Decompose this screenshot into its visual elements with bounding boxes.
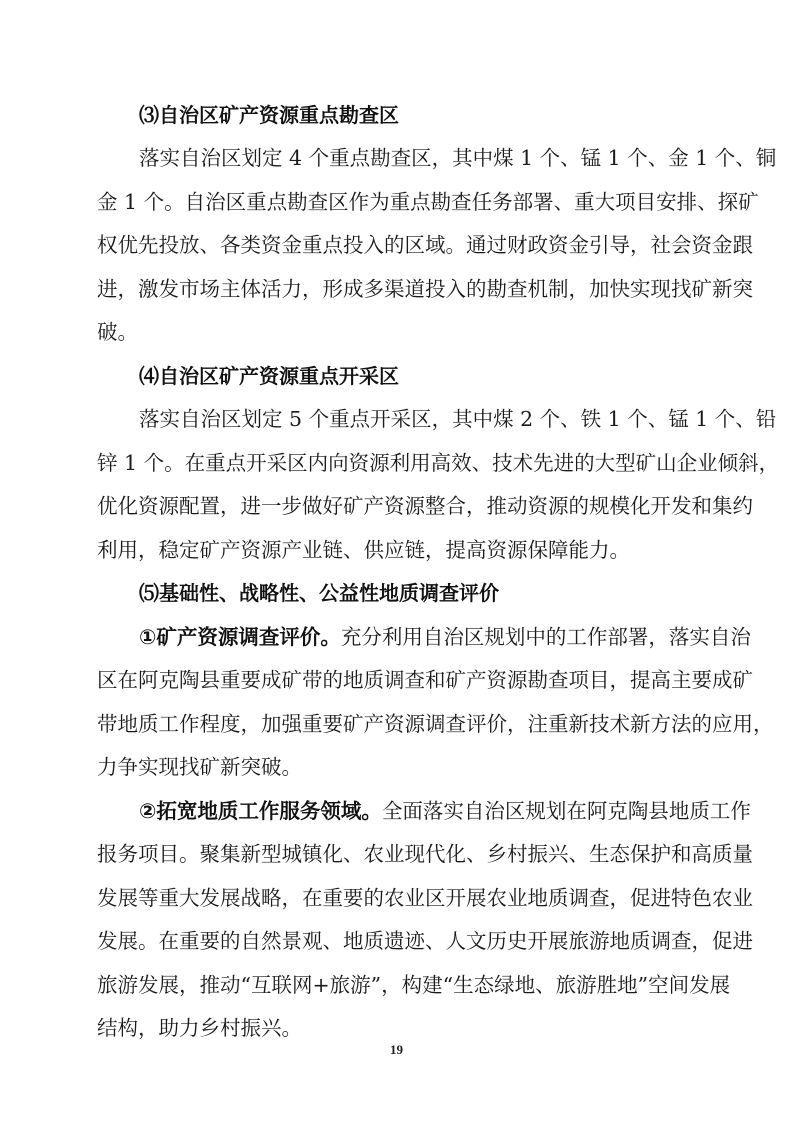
paragraph-line: 发展。在重要的自然景观、地质遗迹、人文历史开展旅游地质调查，促进 (97, 926, 699, 956)
paragraph-line-with-lead: ②拓宽地质工作服务领域。全面落实自治区规划在阿克陶县地质工作 (139, 796, 699, 826)
paragraph-line-with-lead: ①矿产资源调查评价。充分利用自治区规划中的工作部署，落实自治 (139, 622, 699, 652)
paragraph-line: 结构，助力乡村振兴。 (97, 1013, 699, 1043)
paragraph-line: 落实自治区划定 4 个重点勘查区，其中煤 1 个、锰 1 个、金 1 个、铜 (139, 143, 699, 173)
paragraph-line: 金 1 个。自治区重点勘查区作为重点勘查任务部署、重大项目安排、探矿 (97, 187, 699, 217)
paragraph-line: 利用，稳定矿产资源产业链、供应链，提高资源保障能力。 (97, 535, 699, 565)
section-heading-5: ⑸基础性、战略性、公益性地质调查评价 (139, 578, 499, 608)
section-heading-3: ⑶自治区矿产资源重点勘查区 (139, 100, 399, 130)
paragraph-line: 旅游发展，推动“互联网+旅游”，构建“生态绿地、旅游胜地”空间发展 (97, 970, 699, 1000)
paragraph-line: 进，激发市场主体活力，形成多渠道投入的勘查机制，加快实现找矿新突 (97, 274, 699, 304)
page-number: 19 (0, 1042, 793, 1058)
paragraph-line: 锌 1 个。在重点开采区内向资源利用高效、技术先进的大型矿山企业倾斜， (97, 448, 699, 478)
paragraph-lead-geological-services: ②拓宽地质工作服务领域。 (139, 799, 382, 823)
section-heading-4: ⑷自治区矿产资源重点开采区 (139, 361, 399, 391)
paragraph-text: 充分利用自治区规划中的工作部署，落实自治 (341, 625, 751, 649)
paragraph-line: 破。 (97, 317, 699, 347)
paragraph-lead-mineral-survey: ①矿产资源调查评价。 (139, 625, 341, 649)
paragraph-line: 区在阿克陶县重要成矿带的地质调查和矿产资源勘查项目，提高主要成矿 (97, 665, 699, 695)
paragraph-line: 带地质工作程度，加强重要矿产资源调查评价，注重新技术新方法的应用， (97, 709, 699, 739)
paragraph-line: 力争实现找矿新突破。 (97, 752, 699, 782)
paragraph-line: 优化资源配置，进一步做好矿产资源整合，推动资源的规模化开发和集约 (97, 491, 699, 521)
paragraph-line: 发展等重大发展战略，在重要的农业区开展农业地质调查，促进特色农业 (97, 883, 699, 913)
paragraph-text: 全面落实自治区规划在阿克陶县地质工作 (382, 799, 751, 823)
paragraph-line: 权优先投放、各类资金重点投入的区域。通过财政资金引导，社会资金跟 (97, 230, 699, 260)
paragraph-line: 落实自治区划定 5 个重点开采区，其中煤 2 个、铁 1 个、锰 1 个、铅 (139, 404, 699, 434)
paragraph-line: 报务项目。聚集新型城镇化、农业现代化、乡村振兴、生态保护和高质量 (97, 839, 699, 869)
document-page: ⑶自治区矿产资源重点勘查区 落实自治区划定 4 个重点勘查区，其中煤 1 个、锰… (0, 0, 793, 1122)
